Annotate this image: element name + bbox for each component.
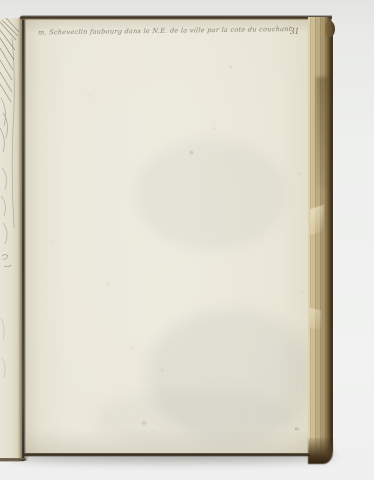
foxing-spot bbox=[160, 368, 164, 372]
book-top-edge bbox=[20, 15, 332, 20]
sketchbook-page bbox=[26, 20, 312, 455]
fore-edge-bump bbox=[325, 21, 335, 37]
fore-edge-stain bbox=[316, 77, 328, 187]
foxing-spot bbox=[213, 127, 216, 130]
folio-number: 31 bbox=[290, 26, 299, 37]
verso-showthrough-ghost bbox=[96, 390, 296, 450]
book-bottom-edge bbox=[24, 453, 310, 457]
book-fore-edge bbox=[308, 17, 333, 462]
foxing-spot bbox=[301, 291, 304, 294]
foxing-spot bbox=[130, 346, 133, 349]
foxing-spot bbox=[51, 239, 54, 242]
foxing-spot bbox=[229, 65, 233, 69]
foxing-spot bbox=[298, 172, 301, 175]
foxing-spot bbox=[141, 420, 147, 426]
foxing-spot bbox=[189, 150, 194, 155]
verso-showthrough-ghost bbox=[136, 140, 286, 250]
left-page-bottom-edge bbox=[0, 458, 26, 462]
foxing-spot bbox=[106, 283, 109, 286]
fore-edge-notch bbox=[310, 205, 324, 236]
corner-pencil-mark: u. bbox=[295, 426, 300, 432]
gutter-fold-line bbox=[22, 17, 24, 461]
fore-edge-bottom-cap bbox=[308, 438, 333, 464]
foxing-spot bbox=[87, 94, 90, 97]
sketchbook-scan: m. Scheveclin faubourg dans le N.E. de l… bbox=[0, 0, 374, 480]
fore-edge-notch bbox=[309, 308, 321, 331]
foxing-spot bbox=[151, 430, 154, 433]
